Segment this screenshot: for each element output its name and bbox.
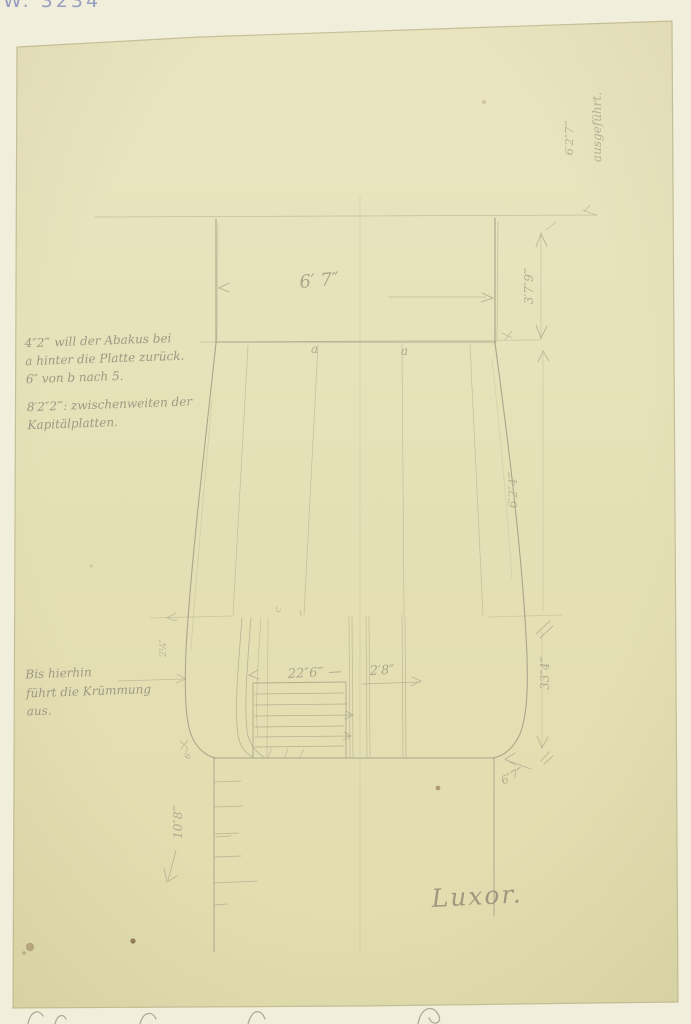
top-right-note: ausgeführt.	[590, 92, 604, 162]
scanned-drawing-canvas: W. 3234	[0, 0, 691, 1024]
right-lower-dimension: 33″4‴	[538, 655, 552, 689]
block-width-dimension-right: 2′8″	[368, 663, 394, 679]
right-middle-dimension: 6′2″4‴	[506, 471, 520, 508]
left-annotation-upper: 4″2‴ will der Abakus bei a hinter die Pl…	[24, 328, 212, 434]
bottom-edge-writing	[28, 1008, 440, 1024]
left-small-dimension: 2¼″	[158, 638, 169, 657]
right-upper-dimension: 3′7″9‴	[522, 267, 536, 304]
paper-vignette	[13, 21, 678, 1008]
pencil-drawing-svg: 6′ 7″ a a 3′7″9‴ 6′2″4‴ 33″4‴ 6″7‴ 22″6‴…	[0, 0, 691, 1024]
top-right-dimension: 6′2″7‴	[562, 121, 576, 156]
shaft-left-dimension: 10″8‴	[171, 804, 185, 838]
left-annotation-lower: Bis hierhin führt die Krümmung aus.	[25, 661, 167, 722]
location-title: Luxor.	[430, 879, 523, 913]
point-label-a-left: a	[311, 342, 318, 356]
inventory-stamp: W. 3234	[3, 0, 153, 13]
abacus-width-dimension: 6′ 7″	[299, 269, 340, 293]
block-width-dimension-left: 22″6‴ —	[286, 664, 341, 682]
inventory-number: W. 3234	[3, 0, 153, 12]
point-label-a-right: a	[401, 344, 408, 358]
